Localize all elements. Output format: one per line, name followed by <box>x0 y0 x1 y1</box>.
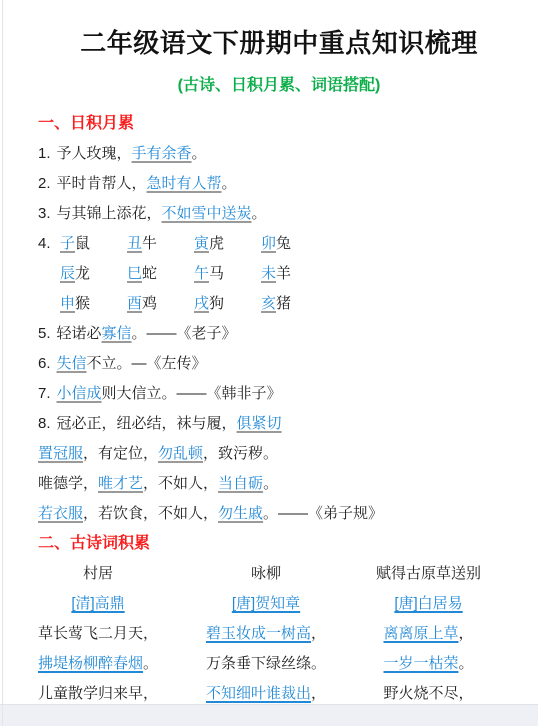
memorization-line: 2.平时肯帮人，急时有人帮。 <box>38 174 520 194</box>
highlighted-phrase: 一岁一枯荣 <box>383 655 458 672</box>
zodiac-pair: 酉鸡 <box>127 294 194 314</box>
poem: 村居[清]高鼎草长莺飞二月天，拂堤杨柳醉春烟。儿童散学归来早， <box>38 564 158 704</box>
text-run: 。——《老子》 <box>132 325 237 342</box>
zodiac-pair: 申猴 <box>60 294 127 314</box>
page-title: 二年级语文下册期中重点知识梳理 <box>38 26 520 60</box>
section1-heading: 一、日积月累 <box>38 114 520 134</box>
text-run: ，致污秽。 <box>203 445 278 462</box>
zodiac-pair: 丑牛 <box>127 234 194 254</box>
highlighted-phrase: 若衣服 <box>38 505 83 522</box>
highlighted-phrase: 亥 <box>261 295 276 312</box>
item-number: 1. <box>38 145 51 162</box>
text-run: 。 <box>252 205 267 222</box>
memorization-line: 若衣服，若饮食，不如人，勿生戚。——《弟子规》 <box>38 504 520 524</box>
highlighted-phrase: 勿乱顿 <box>158 445 203 462</box>
item-number: 2. <box>38 175 51 192</box>
zodiac-pair: 午马 <box>194 264 261 284</box>
text-run: 则大信立。——《韩非子》 <box>102 385 282 402</box>
memorization-line: 3.与其锦上添花，不如雪中送炭。 <box>38 204 520 224</box>
text-run: ，不如人， <box>143 475 218 492</box>
highlighted-phrase: 小信成 <box>57 385 102 402</box>
zodiac-row: 申猴酉鸡戌狗亥猪 <box>38 294 520 314</box>
highlighted-phrase: 卯 <box>261 235 276 252</box>
poem-author: [清]高鼎 <box>38 594 158 614</box>
poem-line: 野火烧不尽， <box>376 684 481 704</box>
section1-rows: 1.予人玫瑰，手有余香。2.平时肯帮人，急时有人帮。3.与其锦上添花，不如雪中送… <box>38 144 520 524</box>
document-page: 二年级语文下册期中重点知识梳理 (古诗、日积月累、词语搭配) 一、日积月累 1.… <box>0 0 538 726</box>
text-run: 。 <box>192 145 207 162</box>
highlighted-phrase: 当自砺 <box>218 475 263 492</box>
highlighted-phrase: 不知细叶谁裁出 <box>206 685 311 702</box>
highlighted-phrase: 离离原上草 <box>383 625 458 642</box>
memorization-line: 置冠服，有定位，勿乱顿，致污秽。 <box>38 444 520 464</box>
text-run: 。 <box>222 175 237 192</box>
text-run: 龙 <box>75 265 90 282</box>
item-number: 5. <box>38 325 51 342</box>
text-run: 蛇 <box>142 265 157 282</box>
poem-column: 咏柳[唐]贺知章碧玉妆成一树高，万条垂下绿丝绦。不知细叶谁裁出， <box>206 554 376 704</box>
text-run: ， <box>311 625 326 642</box>
text-run: 牛 <box>142 235 157 252</box>
memorization-line: 6.失信不立。—《左传》 <box>38 354 520 374</box>
text-run: 轻诺必 <box>57 325 102 342</box>
highlighted-phrase: 寅 <box>194 235 209 252</box>
text-run: 。 <box>263 475 278 492</box>
highlighted-phrase: 丑 <box>127 235 142 252</box>
poem-line: 草长莺飞二月天， <box>38 624 158 644</box>
highlighted-phrase: 置冠服 <box>38 445 83 462</box>
poem-title: 赋得古原草送别 <box>376 564 481 584</box>
memorization-line: 5.轻诺必寡信。——《老子》 <box>38 324 520 344</box>
poem-author: [唐]贺知章 <box>206 594 326 614</box>
highlighted-phrase: [清]高鼎 <box>71 595 124 612</box>
text-run: 猪 <box>276 295 291 312</box>
zodiac-pair: 未羊 <box>261 264 328 284</box>
poem: 咏柳[唐]贺知章碧玉妆成一树高，万条垂下绿丝绦。不知细叶谁裁出， <box>206 564 326 704</box>
highlighted-phrase: 失信 <box>57 355 87 372</box>
highlighted-phrase: [唐]贺知章 <box>232 595 300 612</box>
highlighted-phrase: 碧玉妆成一树高 <box>206 625 311 642</box>
poem-line: 儿童散学归来早， <box>38 684 158 704</box>
poem-line: 万条垂下绿丝绦。 <box>206 654 326 674</box>
section2-heading: 二、古诗词积累 <box>38 534 520 554</box>
text-run: 兔 <box>276 235 291 252</box>
poems-table: 村居[清]高鼎草长莺飞二月天，拂堤杨柳醉春烟。儿童散学归来早，咏柳[唐]贺知章碧… <box>38 554 520 704</box>
poem-line: 离离原上草， <box>376 624 481 644</box>
text-run: 鼠 <box>75 235 90 252</box>
poem: 赋得古原草送别[唐]白居易离离原上草，一岁一枯荣。野火烧不尽， <box>376 564 481 704</box>
item-number: 4. <box>38 234 60 254</box>
highlighted-phrase: 戌 <box>194 295 209 312</box>
highlighted-phrase: 申 <box>60 295 75 312</box>
highlighted-phrase: 子 <box>60 235 75 252</box>
zodiac-pair: 子鼠 <box>60 234 127 254</box>
text-run: 野火烧不尽， <box>384 685 474 702</box>
text-run: 冠必正，纽必结，袜与履， <box>57 415 237 432</box>
text-run: 羊 <box>276 265 291 282</box>
item-number: 8. <box>38 415 51 432</box>
item-number: 6. <box>38 355 51 372</box>
highlighted-phrase: 勿生戚 <box>218 505 263 522</box>
poem-line: 碧玉妆成一树高， <box>206 624 326 644</box>
text-run: 予人玫瑰， <box>57 145 132 162</box>
page-content: 二年级语文下册期中重点知识梳理 (古诗、日积月累、词语搭配) 一、日积月累 1.… <box>0 0 538 704</box>
memorization-line: 7.小信成则大信立。——《韩非子》 <box>38 384 520 404</box>
highlighted-phrase: 手有余香 <box>132 145 192 162</box>
poem-author: [唐]白居易 <box>376 594 481 614</box>
highlighted-phrase: 唯才艺 <box>98 475 143 492</box>
text-run: ，若饮食，不如人， <box>83 505 218 522</box>
text-run: 。 <box>459 655 474 672</box>
poem-line: 一岁一枯荣。 <box>376 654 481 674</box>
page-bottom-gutter <box>0 704 538 726</box>
text-run: 。 <box>143 655 158 672</box>
highlighted-phrase: 俱紧切 <box>237 415 282 432</box>
zodiac-row: 4.子鼠丑牛寅虎卯兔 <box>38 234 520 254</box>
zodiac-pair: 卯兔 <box>261 234 328 254</box>
item-number: 7. <box>38 385 51 402</box>
text-run: 猴 <box>75 295 90 312</box>
highlighted-phrase: 寡信 <box>102 325 132 342</box>
text-run: 狗 <box>209 295 224 312</box>
poem-line: 拂堤杨柳醉春烟。 <box>38 654 158 674</box>
poem-line: 不知细叶谁裁出， <box>206 684 326 704</box>
poem-column: 赋得古原草送别[唐]白居易离离原上草，一岁一枯荣。野火烧不尽， <box>376 554 520 704</box>
text-run: 虎 <box>209 235 224 252</box>
text-run: 万条垂下绿丝绦。 <box>206 655 326 672</box>
text-run: 鸡 <box>142 295 157 312</box>
text-run: 马 <box>209 265 224 282</box>
memorization-line: 唯德学，唯才艺，不如人，当自砺。 <box>38 474 520 494</box>
text-run: 儿童散学归来早， <box>38 685 158 702</box>
poem-title: 咏柳 <box>206 564 326 584</box>
text-run: ， <box>459 625 474 642</box>
text-run: 不立。—《左传》 <box>87 355 207 372</box>
zodiac-pair: 巳蛇 <box>127 264 194 284</box>
memorization-line: 8.冠必正，纽必结，袜与履，俱紧切 <box>38 414 520 434</box>
zodiac-pair: 亥猪 <box>261 294 328 314</box>
poem-column: 村居[清]高鼎草长莺飞二月天，拂堤杨柳醉春烟。儿童散学归来早， <box>38 554 206 704</box>
highlighted-phrase: 拂堤杨柳醉春烟 <box>38 655 143 672</box>
text-run: 。——《弟子规》 <box>263 505 383 522</box>
poem-title: 村居 <box>38 564 158 584</box>
text-run: 唯德学， <box>38 475 98 492</box>
highlighted-phrase: 巳 <box>127 265 142 282</box>
highlighted-phrase: 辰 <box>60 265 75 282</box>
text-run: 平时肯帮人， <box>57 175 147 192</box>
highlighted-phrase: 未 <box>261 265 276 282</box>
highlighted-phrase: [唐]白居易 <box>394 595 462 612</box>
text-run: 与其锦上添花， <box>57 205 162 222</box>
zodiac-pair: 辰龙 <box>60 264 127 284</box>
zodiac-pair: 戌狗 <box>194 294 261 314</box>
highlighted-phrase: 酉 <box>127 295 142 312</box>
page-subtitle: (古诗、日积月累、词语搭配) <box>38 76 520 96</box>
highlighted-phrase: 午 <box>194 265 209 282</box>
highlighted-phrase: 急时有人帮 <box>147 175 222 192</box>
text-run: ， <box>311 685 326 702</box>
memorization-line: 1.予人玫瑰，手有余香。 <box>38 144 520 164</box>
text-run: ，有定位， <box>83 445 158 462</box>
highlighted-phrase: 不如雪中送炭 <box>162 205 252 222</box>
zodiac-row: 辰龙巳蛇午马未羊 <box>38 264 520 284</box>
zodiac-pair: 寅虎 <box>194 234 261 254</box>
item-number: 3. <box>38 205 51 222</box>
text-run: 草长莺飞二月天， <box>38 625 158 642</box>
